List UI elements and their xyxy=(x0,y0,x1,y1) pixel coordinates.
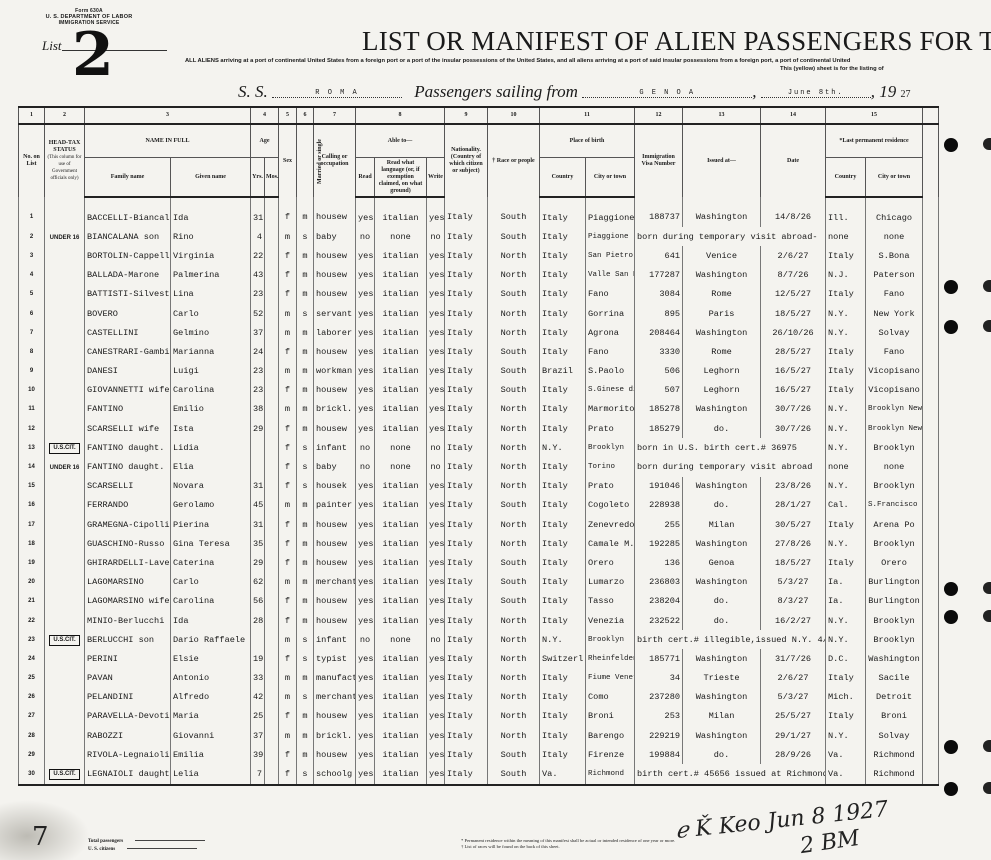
table-row: 25PAVANAntonio33mmmanufact.yesitalianyes… xyxy=(19,669,939,688)
header-name-in-full: NAME IN FULL xyxy=(85,124,251,158)
nationality: Italy xyxy=(445,419,488,438)
nationality: Italy xyxy=(445,553,488,572)
table-row: 6BOVEROCarlo52msservantyesitalianyesItal… xyxy=(19,304,939,323)
birth-note: born during temporary visit abroad- xyxy=(635,227,826,246)
race: North xyxy=(488,726,540,745)
can-read: yes xyxy=(356,745,375,764)
can-read: no xyxy=(356,438,375,457)
family-name: GIOVANNETTI wife xyxy=(85,381,171,400)
punch-hole-icon xyxy=(983,610,991,622)
nationality: Italy xyxy=(445,400,488,419)
check-mark-cell xyxy=(923,764,939,784)
marital-status: m xyxy=(297,285,314,304)
visa-date: 8/3/27 xyxy=(761,592,826,611)
given-name: Lelia xyxy=(171,764,251,784)
punch-hole-icon xyxy=(944,138,958,152)
header-res-country: Country xyxy=(826,158,866,198)
race: North xyxy=(488,457,540,476)
residence-city: Brooklyn New York xyxy=(866,400,923,419)
header-race: † Race or people xyxy=(488,124,540,197)
header-no-on-list: No. on List xyxy=(19,124,45,197)
age-months xyxy=(265,400,279,419)
age-years: 62 xyxy=(251,573,265,592)
birth-country: Italy xyxy=(540,669,586,688)
check-mark-cell xyxy=(923,266,939,285)
table-row: 3BORTOLIN-Cappeller-Virginia22fmhousewye… xyxy=(19,246,939,265)
head-tax-cell xyxy=(45,304,85,323)
read-language: italian xyxy=(375,573,427,592)
sex: m xyxy=(279,400,297,419)
race: North xyxy=(488,688,540,707)
col-num: 12 xyxy=(635,107,683,124)
family-name: SCARSELLI xyxy=(85,477,171,496)
residence-city: Arena Po xyxy=(866,515,923,534)
residence-city: Burlington xyxy=(866,573,923,592)
visa-number: 232522 xyxy=(635,611,683,630)
manifest-table-container: 1 2 3 4 5 6 7 8 9 10 11 12 13 14 15 xyxy=(18,106,938,786)
age-months xyxy=(265,573,279,592)
age-years: 28 xyxy=(251,611,265,630)
can-write: yes xyxy=(427,323,445,342)
row-number: 12 xyxy=(19,419,45,438)
birth-country: Italy xyxy=(540,496,586,515)
head-tax-cell xyxy=(45,534,85,553)
residence-city: Broni xyxy=(866,707,923,726)
marital-status: s xyxy=(297,477,314,496)
can-read: no xyxy=(356,227,375,246)
occupation: housew xyxy=(314,592,356,611)
head-tax-cell xyxy=(45,419,85,438)
row-number: 11 xyxy=(19,400,45,419)
read-language: italian xyxy=(375,323,427,342)
marital-status: s xyxy=(297,304,314,323)
check-mark-cell xyxy=(923,438,939,457)
header-age-yrs: Yrs. xyxy=(251,158,265,198)
row-number: 21 xyxy=(19,592,45,611)
can-read: yes xyxy=(356,534,375,553)
race: North xyxy=(488,400,540,419)
nationality: Italy xyxy=(445,477,488,496)
occupation: infant xyxy=(314,630,356,649)
read-language: italian xyxy=(375,592,427,611)
race: South xyxy=(488,381,540,400)
birth-city: Piaggione xyxy=(586,227,635,246)
birth-country: Italy xyxy=(540,707,586,726)
can-read: yes xyxy=(356,285,375,304)
age-months xyxy=(265,419,279,438)
birth-city: Valle San Nicola xyxy=(586,266,635,285)
family-name: RIVOLA-Legnaioli xyxy=(85,745,171,764)
given-name: Alfredo xyxy=(171,688,251,707)
read-language: italian xyxy=(375,611,427,630)
visa-issued-at: Milan xyxy=(683,707,761,726)
family-name: BORTOLIN-Cappeller- xyxy=(85,246,171,265)
header-read: Read xyxy=(356,158,375,198)
family-name: BOVERO xyxy=(85,304,171,323)
visa-issued-at: do. xyxy=(683,419,761,438)
given-name: Gelmino xyxy=(171,323,251,342)
check-mark-cell xyxy=(923,477,939,496)
family-name: GHIRARDELLI-Lavezzo- xyxy=(85,553,171,572)
col-num: 9 xyxy=(445,107,488,124)
can-read: yes xyxy=(356,362,375,381)
can-write: yes xyxy=(427,669,445,688)
birth-note: birth cert.# 45656 issued at Richmond. xyxy=(635,764,826,784)
birth-city: Richmond xyxy=(586,764,635,784)
birth-country: Italy xyxy=(540,573,586,592)
age-months xyxy=(265,457,279,476)
residence-city: Brooklyn New York xyxy=(866,419,923,438)
age-years: 31 xyxy=(251,197,265,227)
race: South xyxy=(488,362,540,381)
race: North xyxy=(488,649,540,668)
check-mark-cell xyxy=(923,381,939,400)
residence-city: S.Francisco xyxy=(866,496,923,515)
birth-city: S.Ginese di Compito xyxy=(586,381,635,400)
given-name: Dario Raffaele xyxy=(171,630,251,649)
family-name: MINIO-Berlucchi xyxy=(85,611,171,630)
col-num: 10 xyxy=(488,107,540,124)
birth-country: Italy xyxy=(540,381,586,400)
col-num: 13 xyxy=(683,107,761,124)
table-row: 18GUASCHINO-RussoGina Teresa35fmhousewye… xyxy=(19,534,939,553)
can-read: yes xyxy=(356,573,375,592)
occupation: manufact. xyxy=(314,669,356,688)
check-mark-cell xyxy=(923,726,939,745)
race: North xyxy=(488,266,540,285)
check-mark-cell xyxy=(923,246,939,265)
race: North xyxy=(488,477,540,496)
marital-status: s xyxy=(297,688,314,707)
race: South xyxy=(488,496,540,515)
row-number: 23 xyxy=(19,630,45,649)
residence-city: Orero xyxy=(866,553,923,572)
punch-hole-icon xyxy=(983,280,991,292)
row-number: 9 xyxy=(19,362,45,381)
age-years xyxy=(251,630,265,649)
residence-country: N.Y. xyxy=(826,438,866,457)
nationality: Italy xyxy=(445,611,488,630)
residence-country: N.J. xyxy=(826,266,866,285)
nationality: Italy xyxy=(445,707,488,726)
nationality: Italy xyxy=(445,342,488,361)
can-write: yes xyxy=(427,419,445,438)
age-years: 35 xyxy=(251,534,265,553)
punch-hole-icon xyxy=(983,138,991,150)
totals-block: Total passengers U. S. citizens xyxy=(88,838,205,854)
visa-number: 208464 xyxy=(635,323,683,342)
can-write: yes xyxy=(427,649,445,668)
birth-city: Camale M. xyxy=(586,534,635,553)
check-mark-cell xyxy=(923,400,939,419)
punch-hole-icon xyxy=(944,782,958,796)
given-name: Ida xyxy=(171,611,251,630)
row-number: 4 xyxy=(19,266,45,285)
sex: m xyxy=(279,688,297,707)
occupation: housew xyxy=(314,611,356,630)
can-read: yes xyxy=(356,197,375,227)
given-name: Antonio xyxy=(171,669,251,688)
family-name: PAVAN xyxy=(85,669,171,688)
table-row: 22MINIO-BerlucchiIda28fmhousewyesitalian… xyxy=(19,611,939,630)
birth-city: Prato xyxy=(586,419,635,438)
check-mark-cell xyxy=(923,688,939,707)
header-issued-at: Issued at— xyxy=(683,124,761,197)
family-name: PELANDINI xyxy=(85,688,171,707)
visa-issued-at: Washington xyxy=(683,400,761,419)
col-num: 6 xyxy=(297,107,314,124)
residence-city: Washington xyxy=(866,649,923,668)
can-read: yes xyxy=(356,688,375,707)
occupation: housew xyxy=(314,515,356,534)
sex: f xyxy=(279,246,297,265)
punch-hole-icon xyxy=(983,740,991,752)
nationality: Italy xyxy=(445,688,488,707)
can-write: yes xyxy=(427,496,445,515)
can-read: yes xyxy=(356,515,375,534)
nationality: Italy xyxy=(445,323,488,342)
residence-country: Italy xyxy=(826,515,866,534)
residence-country: Ia. xyxy=(826,592,866,611)
occupation: housew xyxy=(314,285,356,304)
visa-issued-at: Washington xyxy=(683,534,761,553)
race: South xyxy=(488,745,540,764)
head-tax-cell xyxy=(45,688,85,707)
read-language: italian xyxy=(375,496,427,515)
birth-country: N.Y. xyxy=(540,438,586,457)
visa-number: 253 xyxy=(635,707,683,726)
table-row: 21LAGOMARSINO wifeCarolina56fmhousewyesi… xyxy=(19,592,939,611)
visa-number: 191046 xyxy=(635,477,683,496)
family-name: FERRANDO xyxy=(85,496,171,515)
marital-status: s xyxy=(297,764,314,784)
residence-city: Richmond xyxy=(866,745,923,764)
race: North xyxy=(488,534,540,553)
race: South xyxy=(488,764,540,784)
occupation: painter xyxy=(314,496,356,515)
sex: f xyxy=(279,707,297,726)
age-months xyxy=(265,197,279,227)
age-months xyxy=(265,342,279,361)
nationality: Italy xyxy=(445,630,488,649)
visa-number: 3084 xyxy=(635,285,683,304)
birth-city: Fano xyxy=(586,342,635,361)
nationality: Italy xyxy=(445,197,488,227)
occupation: housew xyxy=(314,381,356,400)
family-name: LEGNAIOLI daught. xyxy=(85,764,171,784)
age-months xyxy=(265,745,279,764)
read-language: italian xyxy=(375,707,427,726)
birth-city: Orero xyxy=(586,553,635,572)
check-mark-cell xyxy=(923,457,939,476)
nationality: Italy xyxy=(445,304,488,323)
row-number: 16 xyxy=(19,496,45,515)
given-name: Carlo xyxy=(171,304,251,323)
birth-city: Torino xyxy=(586,457,635,476)
given-name: Gerolamo xyxy=(171,496,251,515)
birth-city: San Pietro Barlozza xyxy=(586,246,635,265)
visa-number: 236803 xyxy=(635,573,683,592)
family-name: GUASCHINO-Russo xyxy=(85,534,171,553)
can-write: yes xyxy=(427,745,445,764)
passenger-rows: 1BACCELLI-Biancalana-Ida31fmhousewyesita… xyxy=(19,197,939,785)
can-write: yes xyxy=(427,304,445,323)
can-write: yes xyxy=(427,592,445,611)
birth-country: Italy xyxy=(540,304,586,323)
visa-issued-at: do. xyxy=(683,745,761,764)
table-row: 20LAGOMARSINOCarlo62mmmerchantyesitalian… xyxy=(19,573,939,592)
can-write: yes xyxy=(427,342,445,361)
punch-hole-icon xyxy=(944,610,958,624)
birth-country: Italy xyxy=(540,246,586,265)
given-name: Gina Teresa xyxy=(171,534,251,553)
marital-status: m xyxy=(297,419,314,438)
residence-country: Italy xyxy=(826,553,866,572)
occupation: housew xyxy=(314,342,356,361)
age-months xyxy=(265,227,279,246)
sex: m xyxy=(279,496,297,515)
visa-issued-at: do. xyxy=(683,496,761,515)
age-months xyxy=(265,266,279,285)
birth-city: Barengo xyxy=(586,726,635,745)
head-tax-cell xyxy=(45,381,85,400)
punch-hole-icon xyxy=(983,582,991,594)
family-name: SCARSELLI wife xyxy=(85,419,171,438)
check-mark-cell xyxy=(923,323,939,342)
birth-country: Italy xyxy=(540,323,586,342)
nationality: Italy xyxy=(445,573,488,592)
race: South xyxy=(488,197,540,227)
visa-number: 185771 xyxy=(635,649,683,668)
occupation: housew xyxy=(314,745,356,764)
check-mark-cell xyxy=(923,573,939,592)
table-row: 7CASTELLINIGelmino37mmlaboreryesitaliany… xyxy=(19,323,939,342)
residence-country: N.Y. xyxy=(826,400,866,419)
head-tax-cell xyxy=(45,669,85,688)
table-row: 27PARAVELLA-DevotiMaria25fmhousewyesital… xyxy=(19,707,939,726)
read-language: italian xyxy=(375,342,427,361)
table-row: 30U.S.CIT.LEGNAIOLI daught.Lelia7fsschoo… xyxy=(19,764,939,784)
residence-country: N.Y. xyxy=(826,304,866,323)
can-write: yes xyxy=(427,285,445,304)
occupation: housew xyxy=(314,246,356,265)
occupation: housew xyxy=(314,197,356,227)
residence-country: Va. xyxy=(826,745,866,764)
visa-date: 2/6/27 xyxy=(761,669,826,688)
row-number: 10 xyxy=(19,381,45,400)
age-years: 4 xyxy=(251,227,265,246)
birth-city: Venezia xyxy=(586,611,635,630)
can-read: yes xyxy=(356,726,375,745)
given-name: Lina xyxy=(171,285,251,304)
family-name: LAGOMARSINO xyxy=(85,573,171,592)
row-number: 8 xyxy=(19,342,45,361)
age-years: 45 xyxy=(251,496,265,515)
nationality: Italy xyxy=(445,227,488,246)
visa-number: 199884 xyxy=(635,745,683,764)
check-mark-cell xyxy=(923,707,939,726)
can-write: yes xyxy=(427,381,445,400)
visa-issued-at: Paris xyxy=(683,304,761,323)
table-row: 29RIVOLA-LegnaioliEmilia39fmhousewyesita… xyxy=(19,745,939,764)
sex: f xyxy=(279,592,297,611)
residence-city: Brooklyn xyxy=(866,630,923,649)
family-name: BERLUCCHI son xyxy=(85,630,171,649)
age-years: 37 xyxy=(251,323,265,342)
sex: f xyxy=(279,419,297,438)
residence-city: Vicopisano xyxy=(866,362,923,381)
head-tax-cell xyxy=(45,649,85,668)
read-language: none xyxy=(375,630,427,649)
given-name: Rino xyxy=(171,227,251,246)
residence-country: N.Y. xyxy=(826,534,866,553)
residence-country: Va. xyxy=(826,764,866,784)
age-years: 29 xyxy=(251,553,265,572)
occupation: typist xyxy=(314,649,356,668)
nationality: Italy xyxy=(445,457,488,476)
header-birth-country: Country xyxy=(540,158,586,198)
visa-issued-at: Milan xyxy=(683,515,761,534)
read-language: italian xyxy=(375,419,427,438)
row-number: 22 xyxy=(19,611,45,630)
nationality: Italy xyxy=(445,438,488,457)
age-years: 23 xyxy=(251,362,265,381)
age-years: 23 xyxy=(251,381,265,400)
read-language: none xyxy=(375,227,427,246)
residence-country: Italy xyxy=(826,285,866,304)
inspector-initials: 2 BM xyxy=(799,826,862,859)
race: North xyxy=(488,304,540,323)
header-family-name: Family name xyxy=(85,158,171,198)
head-tax-cell: U.S.CIT. xyxy=(45,438,85,457)
sex: f xyxy=(279,197,297,227)
row-number: 18 xyxy=(19,534,45,553)
col-num-blank xyxy=(923,107,939,124)
read-language: italian xyxy=(375,534,427,553)
family-name: BIANCALANA son xyxy=(85,227,171,246)
row-number: 29 xyxy=(19,745,45,764)
residence-country: Italy xyxy=(826,246,866,265)
residence-city: Brooklyn xyxy=(866,477,923,496)
residence-city: S.Bona xyxy=(866,246,923,265)
given-name: Carolina xyxy=(171,381,251,400)
col-num: 4 xyxy=(251,107,279,124)
head-tax-cell: U.S.CIT. xyxy=(45,630,85,649)
occupation: baby xyxy=(314,457,356,476)
age-years: 7 xyxy=(251,764,265,784)
read-language: italian xyxy=(375,669,427,688)
nationality: Italy xyxy=(445,669,488,688)
col-num: 3 xyxy=(85,107,251,124)
read-language: italian xyxy=(375,246,427,265)
col-num: 11 xyxy=(540,107,635,124)
age-years: 56 xyxy=(251,592,265,611)
can-write: yes xyxy=(427,515,445,534)
age-years: 24 xyxy=(251,342,265,361)
header-age: Age xyxy=(251,124,279,158)
family-name: FANTINO daught. xyxy=(85,457,171,476)
check-mark-cell xyxy=(923,611,939,630)
marital-status: s xyxy=(297,649,314,668)
residence-country: N.Y. xyxy=(826,323,866,342)
header-res-city: City or town xyxy=(866,158,923,198)
given-name: Virginia xyxy=(171,246,251,265)
nationality: Italy xyxy=(445,745,488,764)
check-mark-cell xyxy=(923,669,939,688)
visa-issued-at: Washington xyxy=(683,726,761,745)
table-row: 4BALLADA-MaronePalmerina43fmhousewyesita… xyxy=(19,266,939,285)
sex: m xyxy=(279,573,297,592)
